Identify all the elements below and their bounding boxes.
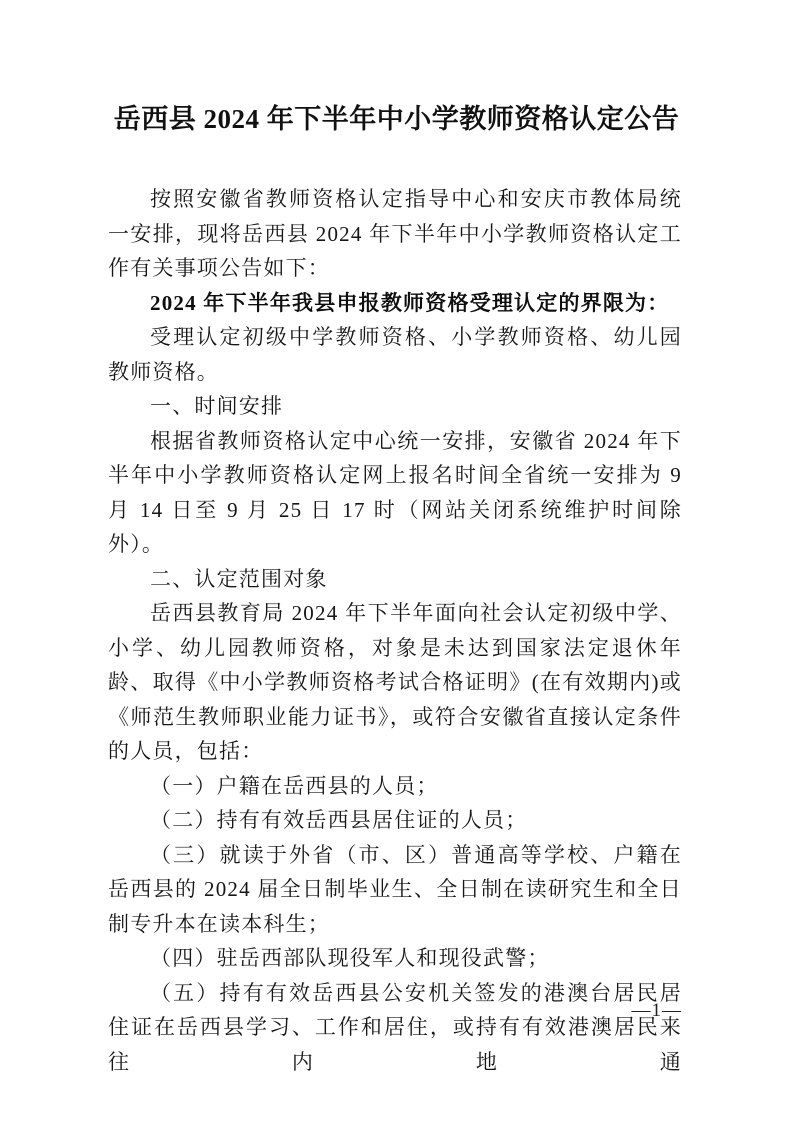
section-1-heading: 一、时间安排 — [108, 389, 682, 424]
document-body: 按照安徽省教师资格认定指导中心和安庆市教体局统一安排，现将岳西县 2024 年下… — [108, 182, 682, 1079]
list-item-1: （一）户籍在岳西县的人员； — [108, 769, 682, 804]
document-page: 岳西县 2024 年下半年中小学教师资格认定公告 按照安徽省教师资格认定指导中心… — [0, 0, 793, 1122]
scope-limit-bold-line: 2024 年下半年我县申报教师资格受理认定的界限为： — [108, 286, 682, 321]
list-item-3: （三）就读于外省（市、区）普通高等学校、户籍在岳西县的 2024 届全日制毕业生… — [108, 838, 682, 942]
section-1-body: 根据省教师资格认定中心统一安排，安徽省 2024 年下半年中小学教师资格认定网上… — [108, 424, 682, 562]
section-2-body: 岳西县教育局 2024 年下半年面向社会认定初级中学、小学、幼儿园教师资格，对象… — [108, 596, 682, 769]
list-item-4: （四）驻岳西部队现役军人和现役武警； — [108, 941, 682, 976]
list-item-2: （二）持有有效岳西县居住证的人员； — [108, 803, 682, 838]
document-title: 岳西县 2024 年下半年中小学教师资格认定公告 — [0, 0, 793, 138]
page-number: —1— — [632, 999, 683, 1023]
list-item-5: （五）持有有效岳西县公安机关签发的港澳台居民居住证在岳西县学习、工作和居住，或持… — [108, 976, 682, 1080]
intro-paragraph: 按照安徽省教师资格认定指导中心和安庆市教体局统一安排，现将岳西县 2024 年下… — [108, 182, 682, 286]
section-2-heading: 二、认定范围对象 — [108, 562, 682, 597]
scope-paragraph: 受理认定初级中学教师资格、小学教师资格、幼儿园教师资格。 — [108, 320, 682, 389]
